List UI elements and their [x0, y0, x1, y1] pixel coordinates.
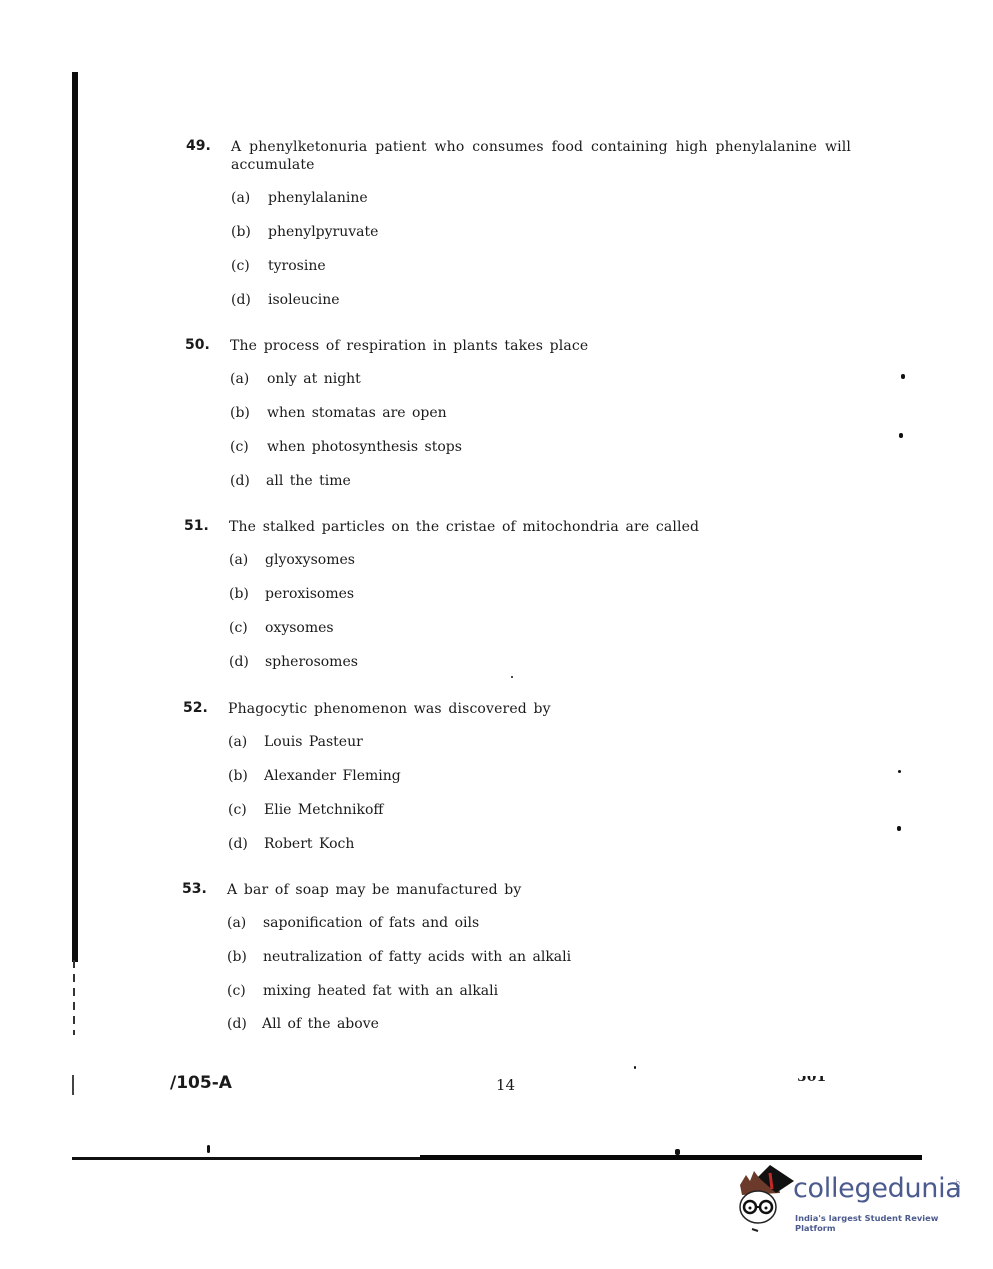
option-text: all the time: [266, 473, 351, 489]
question-text: A phenylketonuria patient who consumes f…: [231, 138, 851, 156]
scan-speck: [511, 676, 513, 678]
question-text-continued: accumulate: [231, 156, 315, 174]
option-label: (a): [229, 552, 248, 568]
option-label: (c): [231, 258, 250, 274]
option-label: (b): [228, 768, 248, 784]
scan-speck: [901, 374, 905, 379]
option-text: mixing heated fat with an alkali: [263, 983, 498, 999]
brand-tagline: India's largest Student Review Platform: [795, 1213, 966, 1233]
brand-dotcom: .com: [954, 1179, 961, 1194]
option-label: (b): [229, 586, 249, 602]
option-label: (d): [230, 473, 250, 489]
page-number: 14: [496, 1076, 515, 1094]
question-number: 51.: [184, 518, 209, 534]
option-text: tyrosine: [268, 258, 326, 274]
collegedunia-logo[interactable]: collegedunia .com India's largest Studen…: [736, 1163, 966, 1235]
option-text: saponification of fats and oils: [263, 915, 479, 931]
question-text: A bar of soap may be manufactured by: [227, 881, 521, 899]
question-number: 50.: [185, 337, 210, 353]
scan-speck: [899, 433, 903, 438]
scan-speck: [675, 1149, 680, 1155]
option-text: isoleucine: [268, 292, 340, 308]
option-text: when photosynthesis stops: [267, 439, 462, 455]
option-label: (a): [230, 371, 249, 387]
option-label: (d): [231, 292, 251, 308]
question-number: 52.: [183, 700, 208, 716]
option-label: (d): [227, 1016, 247, 1032]
question-text: The stalked particles on the cristae of …: [229, 518, 699, 536]
question-number: 49.: [186, 138, 211, 154]
option-label: (d): [228, 836, 248, 852]
page-right-code: 501: [797, 1076, 826, 1085]
option-text: oxysomes: [265, 620, 334, 636]
scan-speck: [897, 826, 901, 831]
option-label: (a): [227, 915, 246, 931]
scan-speck: [207, 1145, 210, 1153]
option-text: Louis Pasteur: [264, 734, 363, 750]
option-label: (b): [231, 224, 251, 240]
option-text: glyoxysomes: [265, 552, 355, 568]
option-text: spherosomes: [265, 654, 358, 670]
page-right-code-text: 501: [797, 1076, 826, 1085]
bottom-rule-thick: [420, 1155, 922, 1160]
option-label: (a): [228, 734, 247, 750]
option-label: (c): [228, 802, 247, 818]
option-text: All of the above: [262, 1016, 379, 1032]
option-text: phenylalanine: [268, 190, 368, 206]
option-label: (c): [230, 439, 249, 455]
question-number: 53.: [182, 881, 207, 897]
option-label: (b): [227, 949, 247, 965]
question-text: The process of respiration in plants tak…: [230, 337, 588, 355]
option-label: (b): [230, 405, 250, 421]
option-text: only at night: [267, 371, 361, 387]
option-label: (c): [229, 620, 248, 636]
binding-edge-dashes: [73, 960, 75, 1035]
question-text: Phagocytic phenomenon was discovered by: [228, 700, 551, 718]
option-label: (d): [229, 654, 249, 670]
scan-speck: [634, 1066, 636, 1069]
option-text: neutralization of fatty acids with an al…: [263, 949, 571, 965]
option-label: (c): [227, 983, 246, 999]
option-text: Robert Koch: [264, 836, 354, 852]
option-text: Alexander Fleming: [264, 768, 401, 784]
option-label: (a): [231, 190, 250, 206]
scan-speck: [898, 770, 901, 773]
option-text: when stomatas are open: [267, 405, 447, 421]
binding-edge-mark: [72, 1075, 74, 1095]
option-text: phenylpyruvate: [268, 224, 378, 240]
option-text: Elie Metchnikoff: [264, 802, 383, 818]
mascot-icon: [736, 1163, 796, 1235]
binding-edge-bar: [72, 72, 78, 962]
brand-name: collegedunia: [793, 1173, 962, 1204]
option-text: peroxisomes: [265, 586, 354, 602]
paper-code: /105-A: [170, 1073, 232, 1093]
